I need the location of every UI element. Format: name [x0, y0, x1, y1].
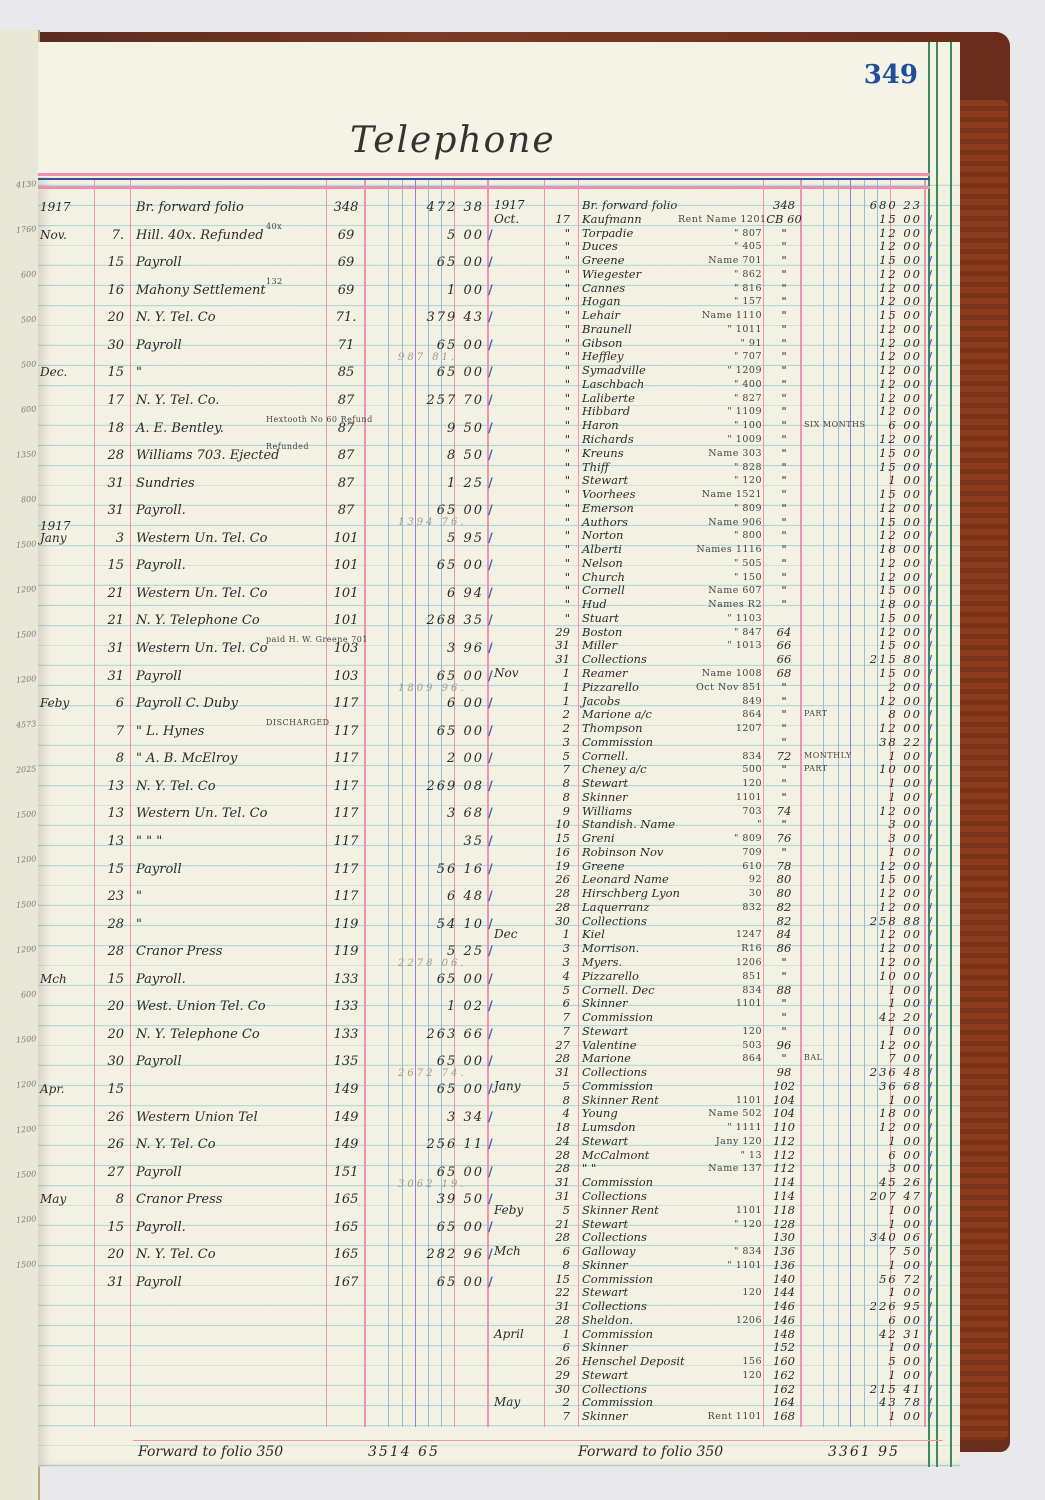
ledger-row: 31Payroll.8765 00/1394 76.	[38, 503, 508, 523]
entry-description: Galloway	[582, 1244, 636, 1258]
entry-description: Hill. 40x. Refunded	[136, 228, 264, 243]
entry-day: 26	[548, 872, 570, 886]
entry-description: Nelson	[582, 556, 623, 570]
entry-amount: 15 00	[852, 460, 922, 474]
entry-folio: 114	[764, 1175, 804, 1189]
entry-amount: 12 00	[852, 322, 922, 336]
entry-folio: 112	[764, 1161, 804, 1175]
entry-folio: 69	[326, 228, 366, 243]
previous-page-amount: 600	[20, 404, 36, 414]
entry-description: Henschel Deposit	[582, 1354, 685, 1368]
entry-amount: 36 68	[852, 1079, 922, 1093]
entry-description: Wiegester	[582, 267, 641, 281]
entry-day: 31	[102, 476, 124, 491]
entry-day: 13	[102, 834, 124, 849]
entry-reference: 120	[678, 1026, 762, 1037]
ledger-row: May8Cranor Press16539 50/	[38, 1192, 508, 1212]
previous-page-amount: 1500	[15, 1169, 36, 1179]
entry-day: 15	[102, 365, 124, 380]
entry-check-mark: /	[928, 253, 932, 267]
entry-folio: 117	[326, 834, 366, 849]
pencil-running-total: 2278 06.	[398, 958, 467, 969]
entry-description: Skinner	[582, 1258, 628, 1272]
entry-folio: "	[764, 528, 804, 542]
entry-folio: 71.	[326, 310, 366, 325]
entry-description: Payroll.	[136, 1220, 186, 1235]
entry-amount: 12 00	[852, 570, 922, 584]
entry-day: 16	[548, 845, 570, 859]
entry-check-mark: /	[928, 762, 932, 776]
entry-folio: 84	[764, 927, 804, 941]
entry-amount: 6 00	[852, 1313, 922, 1327]
right-forward-label: Forward to folio 350	[578, 1444, 723, 1460]
entry-folio: 102	[764, 1079, 804, 1093]
entry-check-mark: /	[928, 570, 932, 584]
entry-reference: 703	[678, 806, 762, 817]
entry-amount: 6 48	[414, 889, 484, 904]
previous-page-amount: 1500	[15, 629, 36, 639]
entry-day: 31	[548, 652, 570, 666]
entry-folio: 87	[326, 448, 366, 463]
entry-month: May	[40, 1192, 66, 1206]
previous-page-amount: 1200	[15, 1079, 36, 1089]
entry-day: 28	[548, 886, 570, 900]
entry-folio: "	[764, 294, 804, 308]
ledger-row: 20West. Union Tel. Co1331 02/	[38, 999, 508, 1019]
entry-day: 15	[102, 1082, 124, 1097]
entry-check-mark: /	[928, 749, 932, 763]
entry-amount: 1 00	[852, 1409, 922, 1423]
entry-day: "	[548, 391, 570, 405]
entry-description: Western Union Tel	[136, 1110, 258, 1125]
entry-day: 17	[548, 212, 570, 226]
entry-description: Leonard Name	[582, 872, 669, 886]
ledger-row: 28Cranor Press1195 25/2278 06.	[38, 944, 508, 964]
entry-day: 15	[102, 558, 124, 573]
entry-check-mark: /	[928, 1368, 932, 1382]
entry-folio: 348	[326, 200, 366, 215]
entry-amount: 268 35	[414, 613, 484, 628]
entry-folio: 82	[764, 914, 804, 928]
entry-reference: " 809	[678, 503, 762, 514]
ledger-row: 7SkinnerRent 11011681 00/	[490, 1409, 950, 1429]
entry-amount: 215 41	[852, 1382, 922, 1396]
entry-description: Kreuns	[582, 446, 624, 460]
entry-folio: "	[764, 597, 804, 611]
entry-description: Young	[582, 1106, 618, 1120]
entry-day: "	[548, 281, 570, 295]
entry-description: Collections	[582, 1189, 647, 1203]
entry-check-mark: /	[928, 859, 932, 873]
entry-amount: 42 20	[852, 1010, 922, 1024]
entry-day: 28	[102, 917, 124, 932]
entry-folio: 82	[764, 900, 804, 914]
entry-description: Commission	[582, 1327, 653, 1341]
entry-description: Church	[582, 570, 625, 584]
entry-amount: 56 16	[414, 862, 484, 877]
entry-check-mark: /	[928, 969, 932, 983]
entry-day: "	[548, 267, 570, 281]
page-title: Telephone	[350, 120, 556, 161]
entry-description: Pizzarello	[582, 969, 639, 983]
entry-month: Jany	[494, 1079, 520, 1093]
entry-description: Laliberte	[582, 391, 635, 405]
entry-amount: 65 00	[414, 1220, 484, 1235]
entry-reference: 120	[678, 1287, 762, 1298]
entry-description: Boston	[582, 625, 622, 639]
entry-month: April	[494, 1327, 524, 1341]
entry-check-mark: /	[928, 955, 932, 969]
entry-day: 1	[548, 694, 570, 708]
entry-description: Authors	[582, 515, 628, 529]
entry-reference: " 1009	[678, 434, 762, 445]
entry-folio: 160	[764, 1354, 804, 1368]
entry-amount: 15 00	[852, 872, 922, 886]
ledger-row: 16Mahony Settlement132691 00/	[38, 283, 508, 303]
pencil-running-total: 987 81.	[398, 352, 457, 363]
entry-description: Payroll	[136, 1165, 182, 1180]
entry-amount: 1 00	[852, 776, 922, 790]
entry-amount: 379 43	[414, 310, 484, 325]
entry-day: "	[548, 487, 570, 501]
entry-amount: 12 00	[852, 391, 922, 405]
ledger-row: 27Payroll15165 00/3062 19.	[38, 1165, 508, 1185]
entry-day: 13	[102, 779, 124, 794]
ledger-row: 31Sundries871 25/	[38, 476, 508, 496]
entry-folio: 117	[326, 779, 366, 794]
entry-day: 3	[548, 955, 570, 969]
entry-folio: "	[764, 1024, 804, 1038]
entry-reference: 1101	[678, 998, 762, 1009]
entry-reference: 834	[678, 985, 762, 996]
entry-folio: "	[764, 226, 804, 240]
entry-folio: "	[764, 391, 804, 405]
entry-check-mark: /	[928, 666, 932, 680]
entry-check-mark: /	[928, 927, 932, 941]
entry-day: 4	[548, 969, 570, 983]
entry-description: Collections	[582, 1299, 647, 1313]
entry-check-mark: /	[928, 501, 932, 515]
entry-check-mark: /	[928, 1395, 932, 1409]
entry-check-mark: /	[928, 487, 932, 501]
pencil-running-total: 2672 74.	[398, 1068, 467, 1079]
entry-reference: " 150	[678, 572, 762, 583]
entry-check-mark: /	[928, 625, 932, 639]
previous-page-amount: 1500	[15, 809, 36, 819]
entry-day: "	[548, 460, 570, 474]
entry-day: 3	[548, 941, 570, 955]
entry-folio: 85	[326, 365, 366, 380]
entry-description: Symadville	[582, 363, 646, 377]
entry-amount: 282 96	[414, 1247, 484, 1262]
entry-day: 31	[548, 1175, 570, 1189]
page-number: 349	[864, 60, 918, 90]
entry-amount: 1 00	[852, 1258, 922, 1272]
entry-amount: 12 00	[852, 941, 922, 955]
entry-reference: " 1101	[678, 1260, 762, 1271]
entry-description: N. Y. Telephone Co	[136, 613, 260, 628]
previous-page-amount: 1500	[15, 1034, 36, 1044]
entry-description: Williams	[582, 804, 632, 818]
entry-amount: 236 48	[852, 1065, 922, 1079]
entry-folio: "	[764, 418, 804, 432]
entry-description: Cranor Press	[136, 944, 222, 959]
entry-folio: 87	[326, 393, 366, 408]
entry-check-mark: /	[928, 680, 932, 694]
entry-reference: 851	[678, 971, 762, 982]
entry-day: 19	[548, 859, 570, 873]
previous-page-amount: 2025	[15, 764, 36, 774]
entry-check-mark: /	[928, 418, 932, 432]
entry-check-mark: /	[928, 1299, 932, 1313]
entry-day: 28	[102, 944, 124, 959]
ledger-row: Mch15Payroll.13365 00/	[38, 972, 508, 992]
entry-amount: 7 50	[852, 1244, 922, 1258]
entry-day: 26	[102, 1110, 124, 1125]
entry-day: 31	[548, 1299, 570, 1313]
entry-amount: 12 00	[852, 501, 922, 515]
entry-day: 28	[102, 448, 124, 463]
ledger-row: 20N. Y. Telephone Co133263 66/	[38, 1027, 508, 1047]
entry-month: Feby	[494, 1203, 523, 1217]
entry-folio: 117	[326, 751, 366, 766]
entry-check-mark: /	[928, 872, 932, 886]
entry-reference: 500	[678, 764, 762, 775]
entry-amount: 54 10	[414, 917, 484, 932]
entry-reference: 1206	[678, 1315, 762, 1326]
previous-page-amount: 1200	[15, 584, 36, 594]
ledger-row: 28"11954 10/	[38, 917, 508, 937]
entry-reference: " 120	[678, 1219, 762, 1230]
entry-day: "	[548, 349, 570, 363]
entry-amount: 15 00	[852, 611, 922, 625]
entry-amount: 12 00	[852, 349, 922, 363]
entry-amount: 12 00	[852, 804, 922, 818]
entry-description: Gibson	[582, 336, 622, 350]
entry-note: PART	[804, 709, 828, 718]
entry-description: Commission	[582, 1395, 653, 1409]
entry-amount: 207 47	[852, 1189, 922, 1203]
ledger-row: 18A. E. Bentley.Hextooth No 60 Refund879…	[38, 421, 508, 441]
entry-description: Duces	[582, 239, 618, 253]
entry-reference: Jany 120	[678, 1136, 762, 1147]
entry-folio: 64	[764, 625, 804, 639]
entry-day: "	[548, 501, 570, 515]
entry-day: "	[548, 597, 570, 611]
entry-day: 1	[548, 1327, 570, 1341]
entry-check-mark: /	[928, 694, 932, 708]
entry-day: 20	[102, 310, 124, 325]
entry-reference: " 834	[678, 1246, 762, 1257]
entry-day: 28	[548, 1161, 570, 1175]
entry-amount: 12 00	[852, 281, 922, 295]
ledger-row: 26N. Y. Tel. Co149256 11/	[38, 1137, 508, 1157]
entry-day: 8	[548, 1258, 570, 1272]
entry-description: West. Union Tel. Co	[136, 999, 266, 1014]
entry-amount: 5 25	[414, 944, 484, 959]
entry-check-mark: /	[928, 1409, 932, 1423]
entry-day: "	[548, 473, 570, 487]
previous-page-amount: 4130	[15, 179, 36, 189]
entry-description: Thiff	[582, 460, 609, 474]
entry-folio: "	[764, 735, 804, 749]
entry-folio: "	[764, 349, 804, 363]
entry-amount: 65 00	[414, 724, 484, 739]
entry-description: Commission	[582, 735, 653, 749]
entry-day: 18	[548, 1120, 570, 1134]
entry-reference: 1101	[678, 1205, 762, 1216]
entry-description: Alberti	[582, 542, 622, 556]
entry-description: Collections	[582, 1230, 647, 1244]
entry-description: "	[136, 917, 142, 932]
entry-reference: Names R2	[678, 599, 762, 610]
entry-amount: 6 00	[414, 696, 484, 711]
entry-check-mark: /	[928, 611, 932, 625]
entry-amount: 1 25	[414, 476, 484, 491]
entry-month: Mch	[40, 972, 67, 986]
entry-check-mark: /	[928, 377, 932, 391]
entry-check-mark: /	[928, 996, 932, 1010]
previous-page-amount: 600	[20, 989, 36, 999]
entry-day: "	[548, 294, 570, 308]
entry-description: Cranor Press	[136, 1192, 222, 1207]
entry-folio: 68	[764, 666, 804, 680]
entry-check-mark: /	[928, 721, 932, 735]
entry-folio: 117	[326, 696, 366, 711]
entry-folio: "	[764, 446, 804, 460]
entry-day: 30	[548, 1382, 570, 1396]
entry-note: BAL	[804, 1053, 822, 1062]
ledger-row: 21N. Y. Telephone Co101268 35/	[38, 613, 508, 633]
entry-amount: 15 00	[852, 487, 922, 501]
entry-description: Stewart	[582, 1134, 628, 1148]
entry-folio: "	[764, 322, 804, 336]
entry-check-mark: /	[928, 790, 932, 804]
entry-amount: 1 00	[852, 1368, 922, 1382]
entry-day: 8	[102, 751, 124, 766]
entry-folio: "	[764, 432, 804, 446]
entry-day: 31	[548, 1065, 570, 1079]
entry-amount: 1 00	[852, 996, 922, 1010]
entry-amount: 1 00	[852, 1134, 922, 1148]
entry-description: Robinson Nov	[582, 845, 663, 859]
entry-description: Braunell	[582, 322, 632, 336]
entry-description: Laquerranz	[582, 900, 649, 914]
entry-description: Payroll	[136, 1275, 182, 1290]
entry-folio: 149	[326, 1137, 366, 1152]
entry-reference: Name 906	[678, 517, 762, 528]
entry-reference: 120	[678, 1370, 762, 1381]
entry-amount: 15 00	[852, 583, 922, 597]
entry-amount: 12 00	[852, 294, 922, 308]
entry-description: " L. Hynes	[136, 724, 204, 739]
entry-amount: 12 00	[852, 927, 922, 941]
entry-day: 4	[548, 1106, 570, 1120]
entry-check-mark: /	[928, 294, 932, 308]
entry-amount: 3 96	[414, 641, 484, 656]
entry-folio: "	[764, 955, 804, 969]
entry-day: 29	[548, 1368, 570, 1382]
entry-check-mark: /	[928, 460, 932, 474]
entry-description: Pizzarello	[582, 680, 639, 694]
entry-check-mark: /	[928, 363, 932, 377]
entry-folio: "	[764, 707, 804, 721]
entry-amount: 12 00	[852, 721, 922, 735]
entry-description: Mahony Settlement	[136, 283, 266, 298]
entry-reference: 849	[678, 696, 762, 707]
entry-day: 30	[548, 914, 570, 928]
entry-reference: " 828	[678, 462, 762, 473]
entry-check-mark: /	[928, 735, 932, 749]
entry-reference: " 809	[678, 833, 762, 844]
entry-amount: 3 00	[852, 1161, 922, 1175]
entry-amount: 12 00	[852, 556, 922, 570]
entry-folio: 87	[326, 476, 366, 491]
entry-description: Laschbach	[582, 377, 644, 391]
entry-amount: 226 95	[852, 1299, 922, 1313]
entry-amount: 39 50	[414, 1192, 484, 1207]
entry-description: Collections	[582, 914, 647, 928]
previous-page-amount: 1500	[15, 899, 36, 909]
ledger-row: 23"1176 48/	[38, 889, 508, 909]
entry-description: Skinner	[582, 790, 628, 804]
entry-amount: 45 26	[852, 1175, 922, 1189]
entry-description: Skinner	[582, 996, 628, 1010]
previous-page-amount: 500	[20, 314, 36, 324]
entry-check-mark: /	[928, 432, 932, 446]
entry-check-mark: /	[928, 1382, 932, 1396]
entry-description: Jacobs	[582, 694, 620, 708]
entry-day: 3	[102, 531, 124, 546]
ledger-row: 31Western Un. Tel. Copaid H. W. Greene 7…	[38, 641, 508, 661]
entry-description: " A. B. McElroy	[136, 751, 237, 766]
entry-reference: 120	[678, 778, 762, 789]
entry-folio: 78	[764, 859, 804, 873]
entry-description: Voorhees	[582, 487, 636, 501]
entry-description: Skinner Rent	[582, 1093, 659, 1107]
entry-day: "	[548, 253, 570, 267]
entry-folio: 162	[764, 1382, 804, 1396]
entry-day: 5	[548, 1203, 570, 1217]
entry-reference: 1247	[678, 929, 762, 940]
entry-description: " "	[582, 1161, 596, 1175]
entry-folio: 148	[764, 1327, 804, 1341]
header-double-rule	[38, 173, 930, 189]
entry-description: Hud	[582, 597, 607, 611]
entry-amount: 18 00	[852, 542, 922, 556]
entry-description: Greni	[582, 831, 615, 845]
entry-folio: 133	[326, 1027, 366, 1042]
entry-amount: 65 00	[414, 1054, 484, 1069]
entry-reference: " 707	[678, 351, 762, 362]
entry-day: "	[548, 515, 570, 529]
entry-amount: 56 72	[852, 1272, 922, 1286]
entry-reference: 92	[678, 874, 762, 885]
entry-amount: 12 00	[852, 625, 922, 639]
entry-amount: 3 68	[414, 806, 484, 821]
ledger-row: Nov.7.Hill. 40x. Refunded40x695 00/	[38, 228, 508, 248]
entry-day: 9	[548, 804, 570, 818]
ledger-row: 1917Br. forward folio348472 38	[38, 200, 508, 220]
entry-day: "	[548, 322, 570, 336]
entry-check-mark: /	[928, 1354, 932, 1368]
entry-amount: 256 11	[414, 1137, 484, 1152]
entry-day: 26	[102, 1137, 124, 1152]
entry-note: DISCHARGED	[266, 718, 330, 727]
entry-check-mark: /	[928, 1134, 932, 1148]
entry-day: 22	[548, 1285, 570, 1299]
ledger-row: 31Payroll16765 00/	[38, 1275, 508, 1295]
